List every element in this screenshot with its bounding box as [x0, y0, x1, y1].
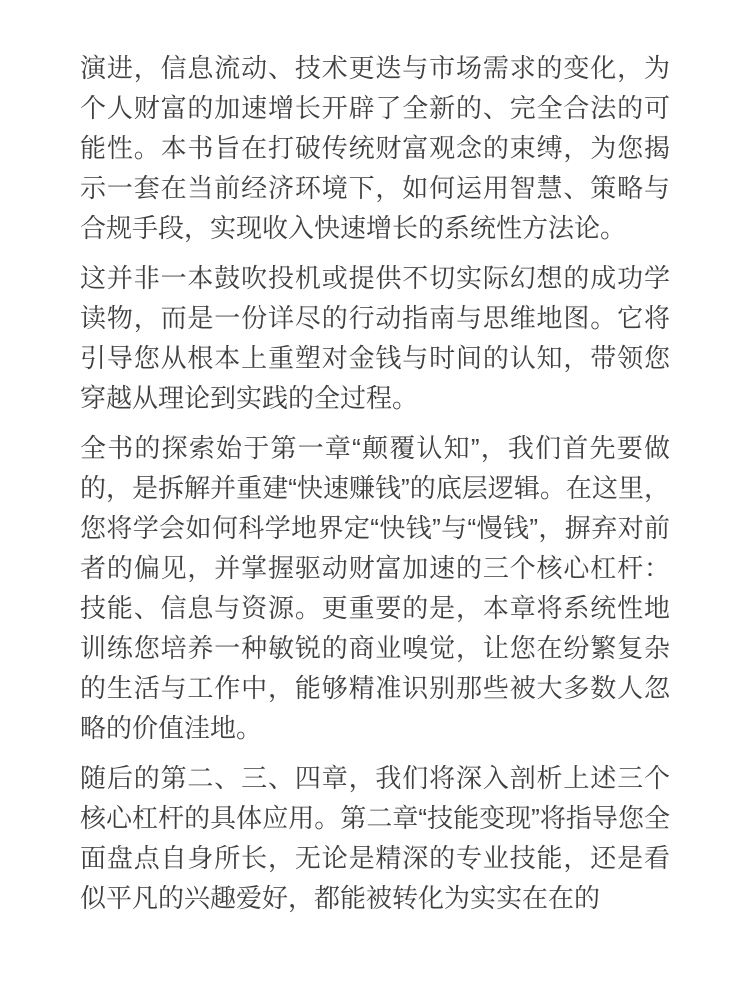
paragraph: 演进，信息流动、技术更迭与市场需求的变化，为个人财富的加速增长开辟了全新的、完全… — [80, 48, 670, 248]
paragraph: 随后的第二、三、四章，我们将深入剖析上述三个核心杠杆的具体应用。第二章“技能变现… — [80, 758, 670, 918]
document-page: 演进，信息流动、技术更迭与市场需求的变化，为个人财富的加速增长开辟了全新的、完全… — [0, 0, 750, 1000]
paragraph: 全书的探索始于第一章“颠覆认知”，我们首先要做的，是拆解并重建“快速赚钱”的底层… — [80, 428, 670, 748]
paragraph: 这并非一本鼓吹投机或提供不切实际幻想的成功学读物，而是一份详尽的行动指南与思维地… — [80, 258, 670, 418]
